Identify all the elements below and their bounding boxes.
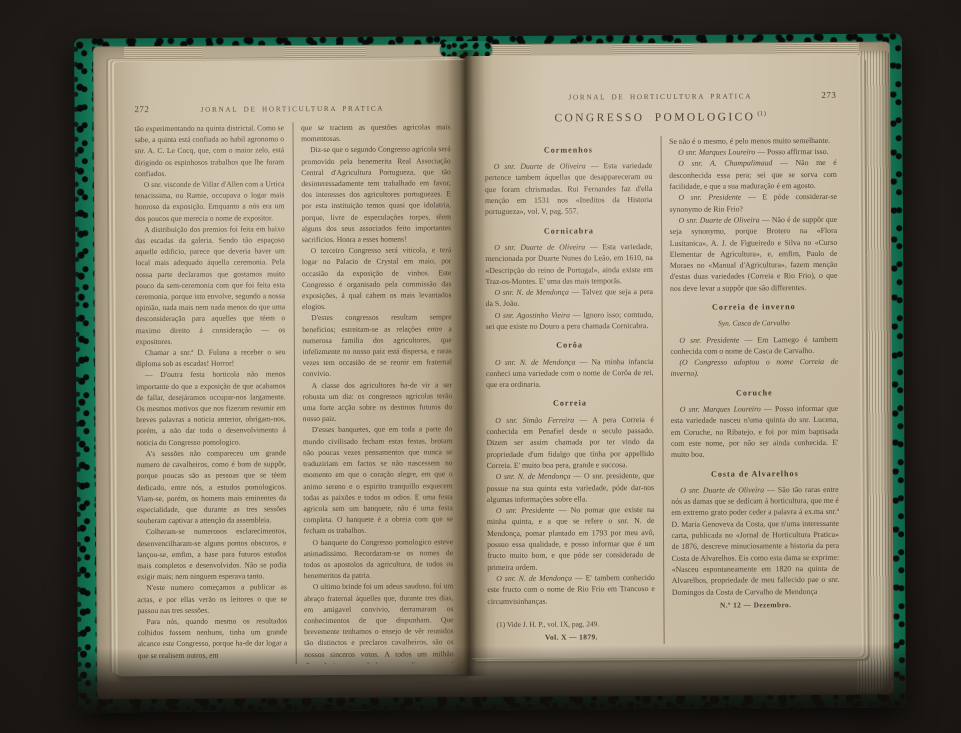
page-footer: N.º 12 — Dezembro.	[672, 599, 840, 611]
paragraph: A classe dos agricultores ha-de vir a se…	[303, 379, 453, 425]
paragraph: O terceiro Congresso será viticola, e te…	[302, 244, 452, 312]
paragraph: O ultimo brinde foi um adeus saudoso, fo…	[304, 581, 454, 666]
right-page-column-2: Se não é o mesmo, é pelo menos muito sem…	[661, 135, 840, 644]
paragraph: O snr. Duarte de Oliveira — Não é de sup…	[670, 214, 838, 294]
paragraph: O snr. N. de Mendonça — E' tambem conhec…	[487, 572, 655, 607]
paragraph: O snr. Duarte de Oliveira — Esta varieda…	[485, 241, 653, 287]
paragraph: O snr. Duarte de Oliveira — São tão rara…	[671, 484, 839, 598]
left-page: 272 JORNAL DE HORTICULTURA PRATICA tão e…	[114, 60, 470, 676]
running-title-right: JORNAL DE HORTICULTURA PRATICA	[514, 92, 806, 102]
section-heading: Costa de Alvarelhos	[671, 467, 839, 479]
photo-background: 272 JORNAL DE HORTICULTURA PRATICA tão e…	[0, 0, 961, 733]
section-heading: Correia	[486, 397, 654, 409]
page-number-left: 272	[134, 104, 164, 114]
paragraph: Para nós, quando mesmo os resultados col…	[137, 615, 287, 661]
paragraph: O snr. Duarte de Oliveira — Esta varieda…	[485, 160, 653, 218]
right-page-column-1: CormenhosO snr. Duarte de Oliveira — Est…	[485, 136, 665, 645]
paragraph: O snr. N. de Mendonça — Talvez que seja …	[485, 286, 653, 310]
article-title: CONGRESSO POMOLOGICO(1)	[484, 110, 836, 125]
running-title-left: JORNAL DE HORTICULTURA PRATICA	[164, 104, 420, 114]
paragraph: D'estes congressos resultam sempre benef…	[302, 312, 452, 380]
section-heading: Corôa	[486, 339, 654, 351]
section-heading: Coruche	[671, 387, 839, 399]
left-page-columns: tão experimentando na quinta districtal.…	[134, 121, 453, 665]
paragraph: D'esses banquetes, que em toda a parte d…	[303, 424, 453, 537]
section-heading: Correia de inverno	[670, 301, 838, 313]
paragraph: Colheram-se numerosos esclarecimentos, d…	[137, 526, 287, 583]
right-page-columns: CormenhosO snr. Duarte de Oliveira — Est…	[485, 135, 840, 645]
paragraph: O snr. Presidente — Em Lamego é tambem c…	[670, 333, 838, 357]
paragraph: A distribuição dos premios foi feita em …	[135, 223, 285, 347]
paragraph: tão experimentando na quinta districtal.…	[134, 122, 284, 179]
left-page-column-1: tão experimentando na quinta districtal.…	[134, 122, 296, 665]
section-heading: Cormenhos	[485, 144, 653, 156]
section-heading: Cornicabra	[485, 225, 653, 237]
page-number-right: 273	[806, 90, 836, 100]
paragraph: N'este numero começamos a publicar as ac…	[137, 582, 287, 617]
paragraph: O snr. Agostinho Vieira — Ignoro isso; c…	[486, 309, 654, 333]
section-synonym: Syn. Casca de Carvalho	[670, 317, 838, 329]
right-page: JORNAL DE HORTICULTURA PRATICA 273 CONGR…	[466, 54, 862, 658]
paragraph: — D'outra festa horticola não menos impo…	[136, 369, 286, 448]
paragraph: O snr. Presidente — No pomar que existe …	[487, 504, 655, 573]
right-page-header: JORNAL DE HORTICULTURA PRATICA 273	[484, 90, 836, 102]
article-title-text: CONGRESSO POMOLOGICO	[554, 111, 755, 124]
paragraph: O banquete do Congresso pomologico estev…	[303, 536, 453, 582]
open-book: 272 JORNAL DE HORTICULTURA PRATICA tão e…	[74, 33, 906, 712]
paragraph: (O Congresso adoptou o nome Correia de i…	[670, 356, 838, 380]
footnote-reference: (1)	[757, 110, 766, 117]
paragraph: O snr. Marques Loureiro — Posso informar…	[671, 403, 839, 461]
paragraph: O snr. A. Champalimaud — Não me é descon…	[669, 157, 837, 192]
paragraph: O snr. Simão Ferreira — A pera Correia é…	[486, 414, 654, 472]
paragraph: O snr. Presidente — E póde considerar-se…	[669, 191, 837, 215]
paragraph: Chamar a snr.ª D. Fulana a receber o seu…	[136, 346, 286, 369]
left-page-column-2: que se tractem as questões agricolas mai…	[293, 121, 454, 664]
left-page-header: 272 JORNAL DE HORTICULTURA PRATICA	[134, 102, 450, 114]
paragraph: O snr. N. de Mendonça — O snr. president…	[487, 470, 655, 505]
paragraph: O snr. N. de Mendonça — Na minha infanci…	[486, 356, 654, 391]
paragraph: que se tractem as questões agricolas mai…	[301, 121, 451, 144]
page-footer: Vol. X — 1879.	[488, 631, 656, 643]
paragraph: A's sessões não compareceu um grande num…	[136, 447, 286, 526]
paragraph: O snr. visconde de Villar d'Allen com a …	[135, 178, 285, 224]
paragraph: Diz-se que o segundo Congresso agricola …	[301, 144, 451, 246]
footnote: (1) Vide J. H. P., vol. IX, pag. 249.	[488, 618, 656, 630]
